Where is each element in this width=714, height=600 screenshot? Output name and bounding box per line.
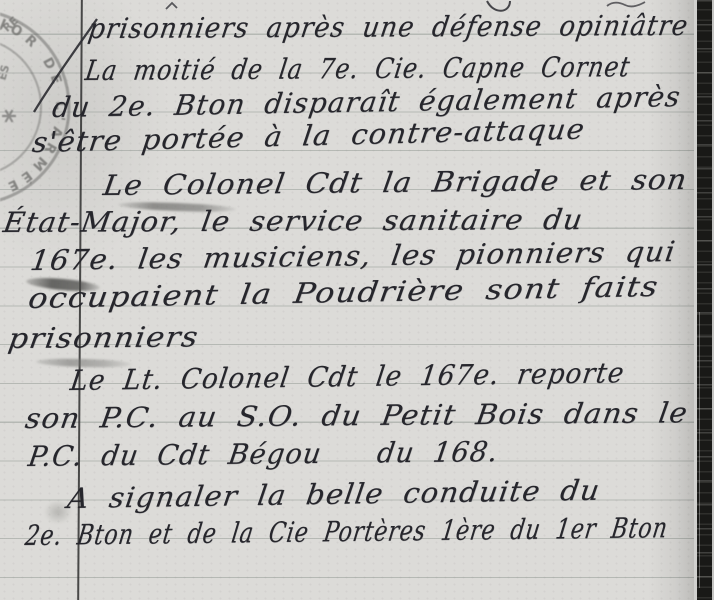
ledger-paper: MAJOR DE L'ARMÉE RE ES prisonniers après… xyxy=(0,0,694,600)
stamp-star-icon xyxy=(2,110,16,122)
manuscript-line: État-Major, le service sanitaire du xyxy=(1,203,586,240)
manuscript-line: son P.C. au S.O. du Petit Bois dans le xyxy=(23,396,691,436)
page-edge-shadow xyxy=(648,0,694,600)
manuscript-line: prisonniers après une défense opiniâtre xyxy=(86,9,691,46)
manuscript-line: P.C. du Cdt Bégou du 168. xyxy=(26,435,501,474)
manuscript-line: Le Colonel Cdt la Brigade et son xyxy=(101,163,690,203)
page-gutter-shadow xyxy=(697,0,712,600)
gutter-scratch xyxy=(699,312,700,588)
manuscript-line: prisonniers xyxy=(6,320,201,356)
scanned-journal-page: { "manuscript": { "lines": [ "prisonnier… xyxy=(0,0,714,600)
stamp-text-fragment-left: ES xyxy=(0,63,12,81)
